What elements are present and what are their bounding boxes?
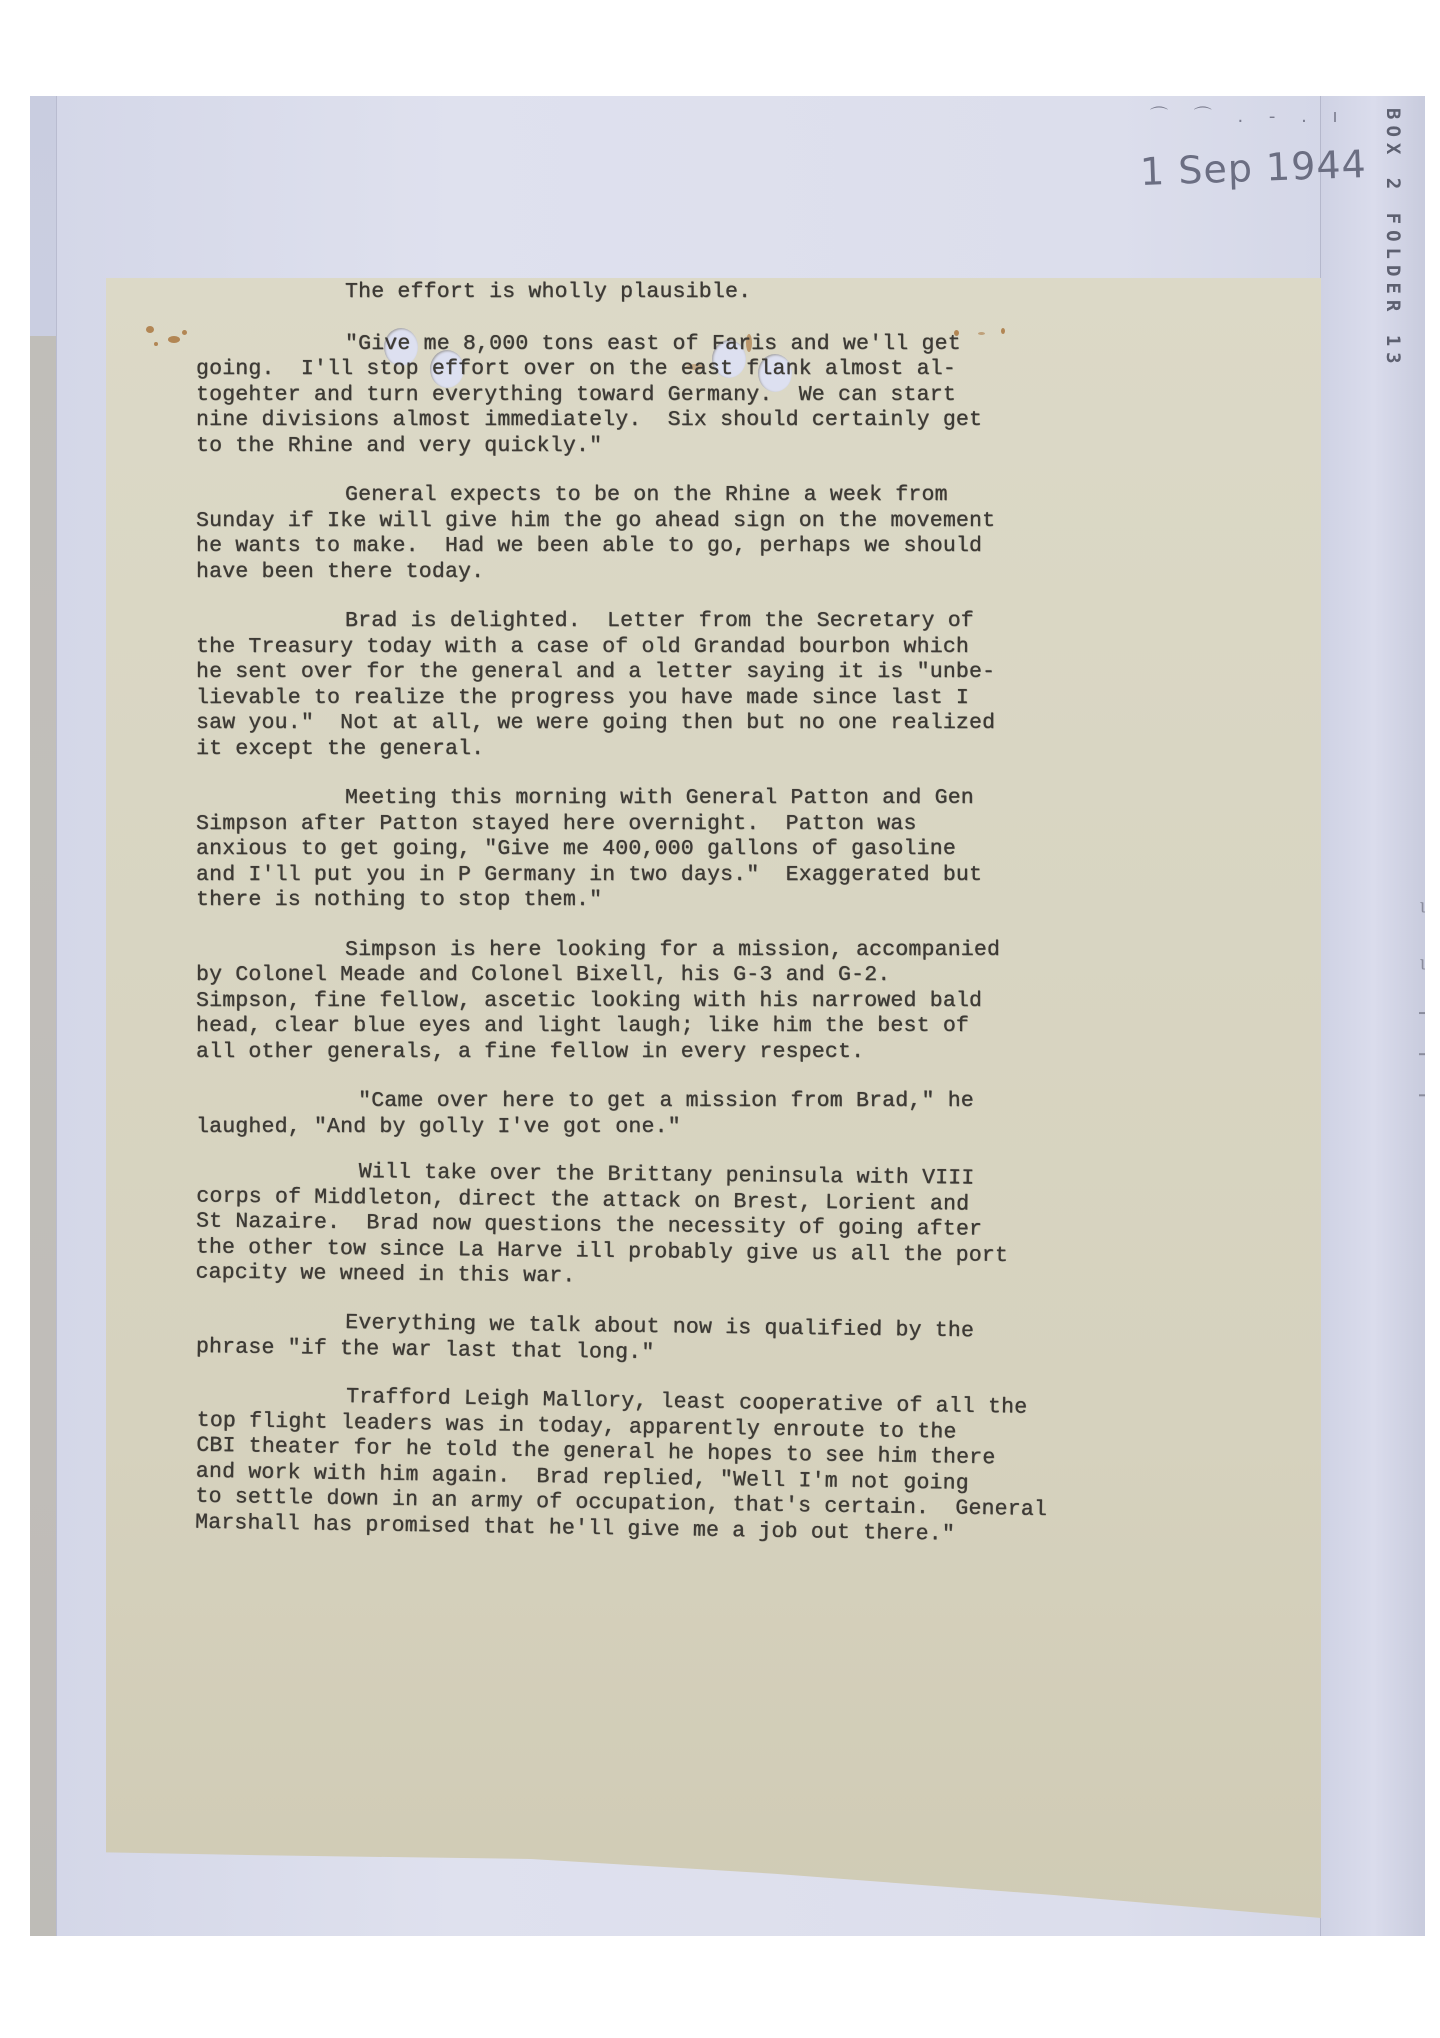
typed-paragraph: Everything we talk about now is qualifie… <box>196 1309 1257 1374</box>
typed-body: The effort is wholly plausible."Give me … <box>196 280 1256 1568</box>
pencil-margin-marks: ㄴ ㄴ ı ı ı <box>1410 896 1425 1112</box>
typed-line: The effort is wholly plausible. <box>196 280 1256 306</box>
typed-line: lievable to realize the progress you hav… <box>196 686 1256 712</box>
typed-line: head, clear blue eyes and light laugh; l… <box>196 1014 1256 1040</box>
pencil-scribble: ⌒ ⌒ . - . ı <box>1150 102 1348 128</box>
typed-line: he wants to make. Had we been able to go… <box>196 534 1256 560</box>
typed-line: anxious to get going, "Give me 400,000 g… <box>196 837 1256 863</box>
typed-line: laughed, "And by golly I've got one." <box>196 1115 1256 1141</box>
rust-stain <box>146 326 154 333</box>
typed-line: and I'll put you in P Germany in two day… <box>196 863 1256 889</box>
typed-line: Brad is delighted. Letter from the Secre… <box>196 609 1256 635</box>
typed-paragraph: General expects to be on the Rhine a wee… <box>196 483 1256 585</box>
typed-line: he sent over for the general and a lette… <box>196 660 1256 686</box>
typed-line: General expects to be on the Rhine a wee… <box>196 483 1256 509</box>
typed-line: nine divisions almost immediately. Six s… <box>196 408 1256 434</box>
typed-line: the Treasury today with a case of old Gr… <box>196 635 1256 661</box>
typed-line: "Came over here to get a mission from Br… <box>196 1089 1256 1115</box>
typed-paragraph: "Came over here to get a mission from Br… <box>196 1089 1256 1140</box>
typed-paragraph: The effort is wholly plausible. <box>196 280 1256 306</box>
typed-paragraph: Simpson is here looking for a mission, a… <box>196 938 1256 1066</box>
typed-line: there is nothing to stop them." <box>196 888 1256 914</box>
typed-line: all other generals, a fine fellow in eve… <box>196 1040 1256 1066</box>
typed-paragraph: Will take over the Brittany peninsula wi… <box>195 1158 1256 1297</box>
typed-line: Simpson, fine fellow, ascetic looking wi… <box>196 989 1256 1015</box>
typed-line: saw you." Not at all, we were going then… <box>196 711 1256 737</box>
typed-line: it except the general. <box>196 737 1256 763</box>
handwritten-date: 1 Sep 1944 <box>1139 142 1367 194</box>
typed-line: Sunday if Ike will give him the go ahead… <box>196 509 1256 535</box>
rust-stain <box>182 330 187 335</box>
typed-line: "Give me 8,000 tons east of Faris and we… <box>196 332 1256 358</box>
typed-line: going. I'll stop effort over on the east… <box>196 357 1256 383</box>
typed-paragraph: Meeting this morning with General Patton… <box>196 786 1256 914</box>
typed-line: Simpson is here looking for a mission, a… <box>196 938 1256 964</box>
typed-line: togehter and turn everything toward Germ… <box>196 383 1256 409</box>
rust-stain <box>168 336 180 343</box>
typed-line: Simpson after Patton stayed here overnig… <box>196 812 1256 838</box>
typed-line: Meeting this morning with General Patton… <box>196 786 1256 812</box>
typed-paragraph: Trafford Leigh Mallory, least cooperativ… <box>195 1382 1257 1552</box>
typed-line: have been there today. <box>196 560 1256 586</box>
rust-stain <box>154 342 158 346</box>
box-folder-label: BOX 2 FOLDER 13 <box>1382 108 1404 370</box>
typed-line: to the Rhine and very quickly." <box>196 434 1256 460</box>
typed-line: by Colonel Meade and Colonel Bixell, his… <box>196 963 1256 989</box>
typed-paragraph: Brad is delighted. Letter from the Secre… <box>196 609 1256 762</box>
typed-paragraph: "Give me 8,000 tons east of Faris and we… <box>196 332 1256 460</box>
